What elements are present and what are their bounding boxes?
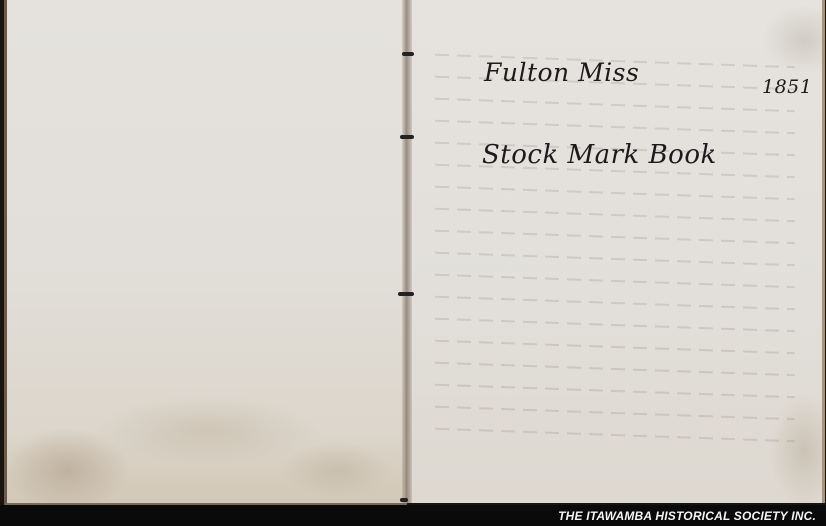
handwritten-title: Stock Mark Book (482, 140, 717, 170)
bleed-through-text (435, 40, 795, 470)
binding-stitch (400, 135, 414, 139)
binding-stitch (398, 292, 414, 296)
handwritten-place: Fulton Miss (484, 58, 639, 87)
binding-stitch (402, 52, 414, 56)
ledger-photo: Fulton Miss 1851 Stock Mark Book (0, 0, 826, 505)
left-page (4, 0, 407, 505)
handwritten-year: 1851 (762, 76, 812, 98)
binding-stitch (400, 498, 408, 502)
copyright-caption: THE ITAWAMBA HISTORICAL SOCIETY INC. (558, 509, 816, 523)
book-spine (402, 0, 412, 503)
